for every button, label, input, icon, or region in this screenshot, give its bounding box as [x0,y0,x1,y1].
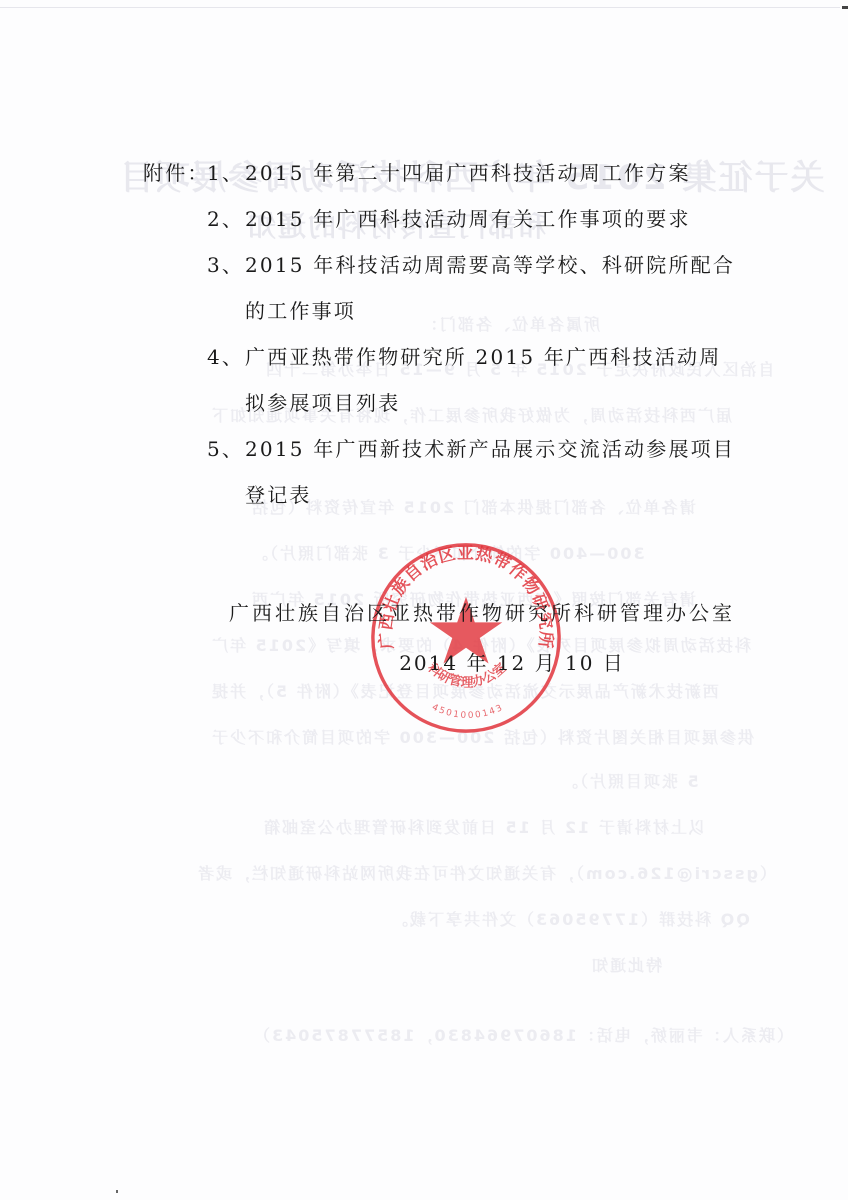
attachment-title: 2015 年第二十四届广西科技活动周工作方案 [245,150,691,196]
signature-organization: 广西壮族自治区亚热带作物研究所科研管理办公室 [0,597,848,626]
bleed-through-line: 特此通知 [590,953,662,976]
attachment-number: 2、 [207,196,245,242]
signature-date: 2014 年 12 月 10 日 [0,647,848,676]
scanned-page: 关于征集 2015 年广西科技活动周参展项目 和部门宣传材料的通知 所属各单位、… [0,0,848,1200]
attachment-number: 1、 [207,150,245,196]
attachment-title: 广西亚热带作物研究所 2015 年广西科技活动周 [245,334,721,380]
attachment-title: 2015 年科技活动周需要高等学校、科研院所配合 [245,242,735,288]
scan-corner-mark [842,6,848,9]
attachment-title: 2015 年广西新技术新产品展示交流活动参展项目 [245,426,735,472]
attachment-item-3-continued: 的工作事项 [143,288,735,334]
attachment-title-continued: 登记表 [245,472,312,518]
attachment-title-continued: 的工作事项 [245,288,356,334]
official-seal-icon: 广西壮族自治区亚热带作物研究所 科研管理办公室 4501000143 [368,540,564,736]
bleed-through-line: QQ 科技群（17795063）文件共享下载。 [390,907,750,930]
attachment-title-continued: 拟参展项目列表 [245,380,400,426]
attachments-label: 附件： [143,150,207,196]
attachment-item-2: 2、 2015 年广西科技活动周有关工作事项的要求 [143,196,735,242]
attachment-item-1: 附件： 1、 2015 年第二十四届广西科技活动周工作方案 [143,150,735,196]
attachment-item-3: 3、 2015 年科技活动周需要高等学校、科研院所配合 [143,242,735,288]
attachments-list: 附件： 1、 2015 年第二十四届广西科技活动周工作方案 2、 2015 年广… [143,150,735,518]
bleed-through-line: （联系人：韦丽娇，电话：18607964830，18577875043） [252,1023,793,1046]
bleed-through-line: 5 张项目照片）。 [560,769,699,792]
attachment-item-4: 4、 广西亚热带作物研究所 2015 年广西科技活动周 [143,334,735,380]
bleed-through-line: （gsscri@126.com），有关通知文件可在我所网站科研通知栏，或者 [196,861,776,884]
bleed-through-line: 以上材料请于 12 月 15 日前发到科研管理办公室邮箱 [262,815,705,838]
scan-speck [116,1190,118,1193]
attachment-number: 3、 [207,242,245,288]
seal-code: 4501000143 [430,703,505,722]
attachment-title: 2015 年广西科技活动周有关工作事项的要求 [245,196,691,242]
attachment-item-5: 5、 2015 年广西新技术新产品展示交流活动参展项目 [143,426,735,472]
attachment-number: 4、 [207,334,245,380]
scan-edge-line [0,7,840,8]
attachment-number: 5、 [207,426,245,472]
svg-text:4501000143: 4501000143 [430,703,505,722]
attachment-item-5-continued: 登记表 [143,472,735,518]
attachment-item-4-continued: 拟参展项目列表 [143,380,735,426]
